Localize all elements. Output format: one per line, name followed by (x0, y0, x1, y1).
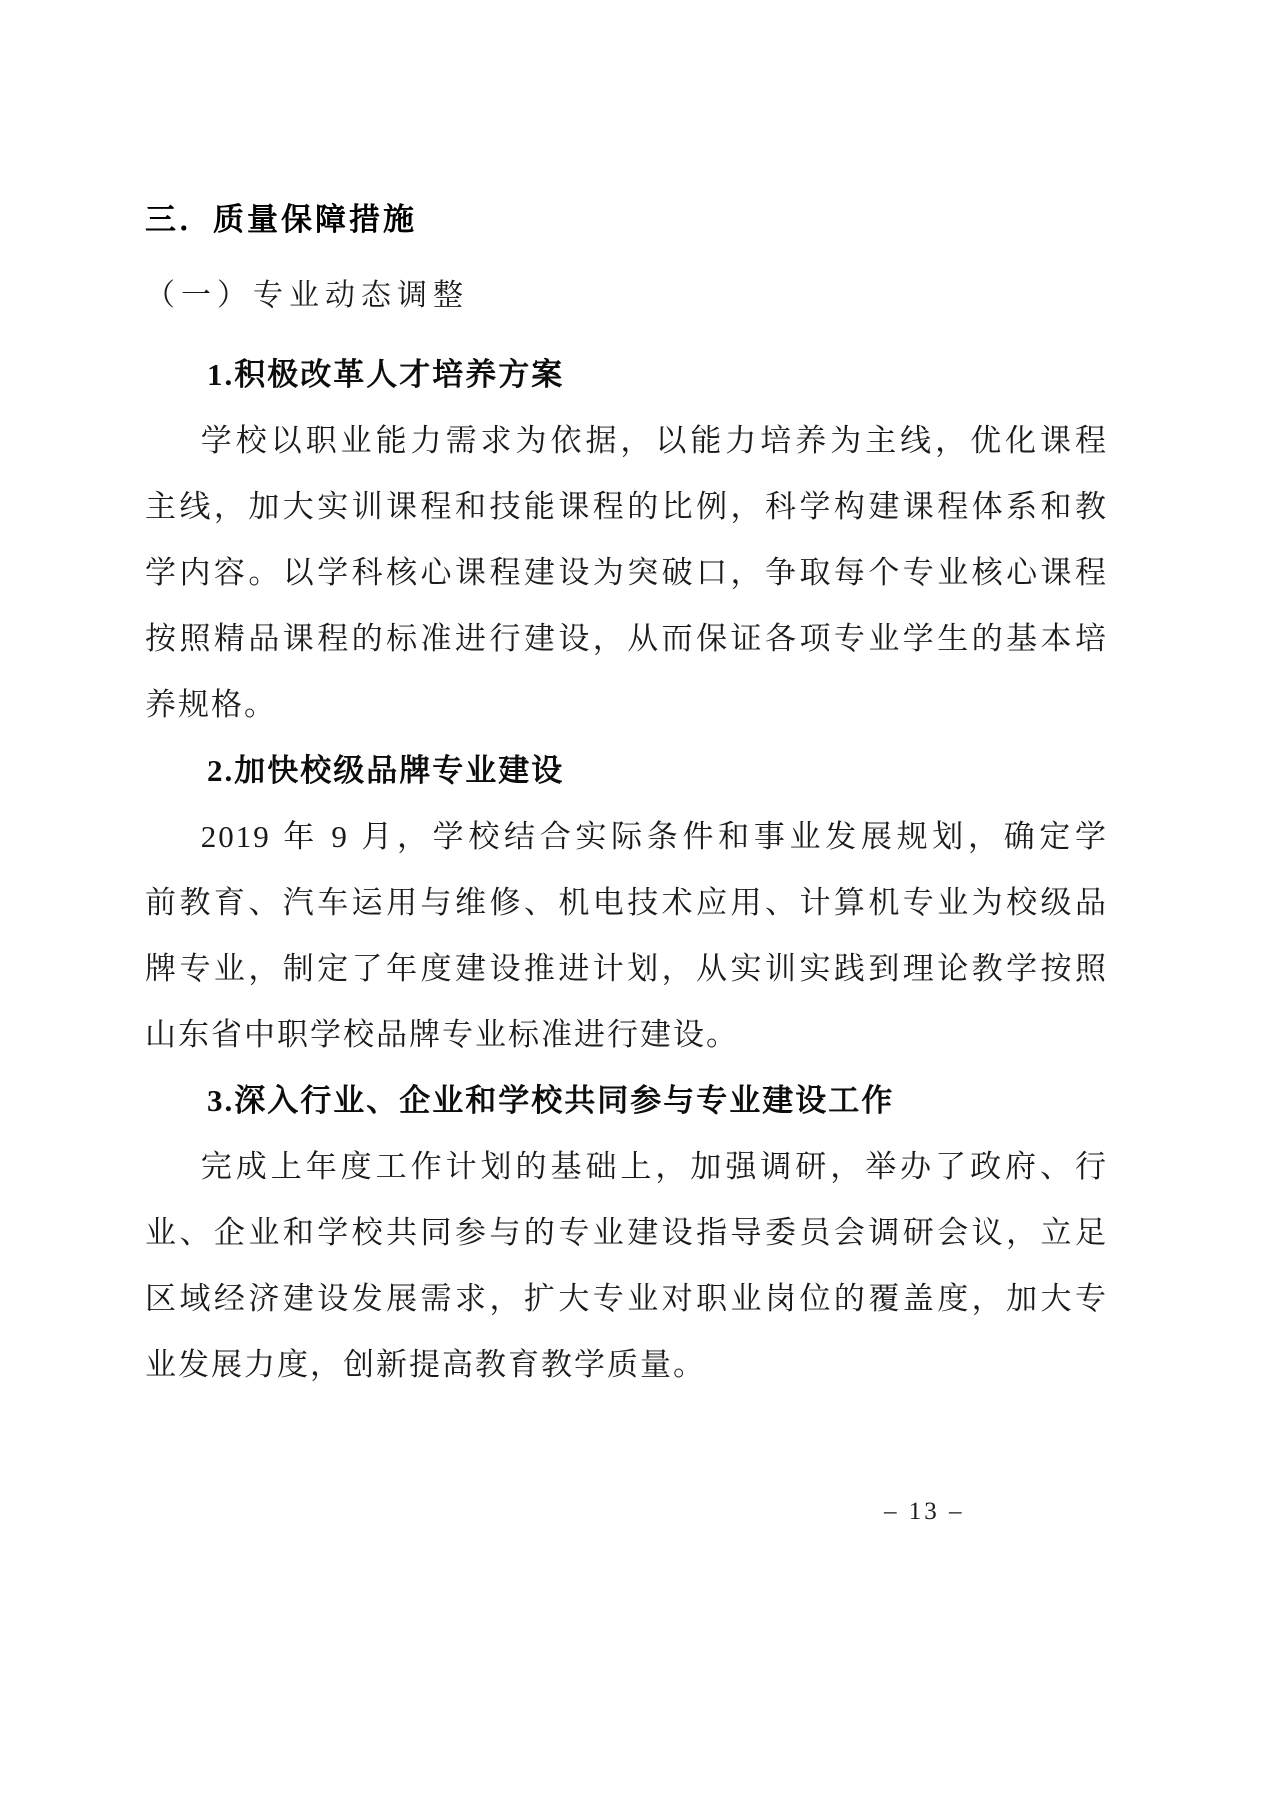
page-number: – 13 – (884, 1498, 965, 1526)
paragraph-line: 学内容。以学科核心课程建设为突破口，争取每个专业核心课程 (145, 540, 1108, 606)
paragraph-line: 业、企业和学校共同参与的专业建设指导委员会调研会议，立足 (145, 1200, 1108, 1266)
subsection-title-3: 3.深入行业、企业和学校共同参与专业建设工作 (145, 1068, 1108, 1134)
section-heading: 三．质量保障措施 (145, 198, 1108, 242)
paragraph-line: 区域经济建设发展需求，扩大专业对职业岗位的覆盖度，加大专 (145, 1266, 1108, 1332)
document-page: 三．质量保障措施 （一）专业动态调整 1.积极改革人才培养方案 学校以职业能力需… (0, 0, 1272, 1800)
paragraph-line: 完成上年度工作计划的基础上，加强调研，举办了政府、行 (145, 1134, 1108, 1200)
paragraph-line: 山东省中职学校品牌专业标准进行建设。 (145, 1002, 1108, 1068)
document-content: 三．质量保障措施 （一）专业动态调整 1.积极改革人才培养方案 学校以职业能力需… (145, 0, 1108, 1398)
paragraph-line: 2019 年 9 月，学校结合实际条件和事业发展规划，确定学 (145, 804, 1108, 870)
subsection-title-2: 2.加快校级品牌专业建设 (145, 738, 1108, 804)
subsection-title-1: 1.积极改革人才培养方案 (145, 342, 1108, 408)
paragraph-line: 前教育、汽车运用与维修、机电技术应用、计算机专业为校级品 (145, 870, 1108, 936)
paragraph-line: 牌专业，制定了年度建设推进计划，从实训实践到理论教学按照 (145, 936, 1108, 1002)
paragraph-line: 主线，加大实训课程和技能课程的比例，科学构建课程体系和教 (145, 474, 1108, 540)
paragraph-line: 按照精品课程的标准进行建设，从而保证各项专业学生的基本培 (145, 606, 1108, 672)
paragraph-line: 学校以职业能力需求为依据，以能力培养为主线，优化课程 (145, 408, 1108, 474)
paragraph-line: 业发展力度，创新提高教育教学质量。 (145, 1332, 1108, 1398)
paragraph-line: 养规格。 (145, 672, 1108, 738)
section-subheading: （一）专业动态调整 (145, 274, 1108, 318)
